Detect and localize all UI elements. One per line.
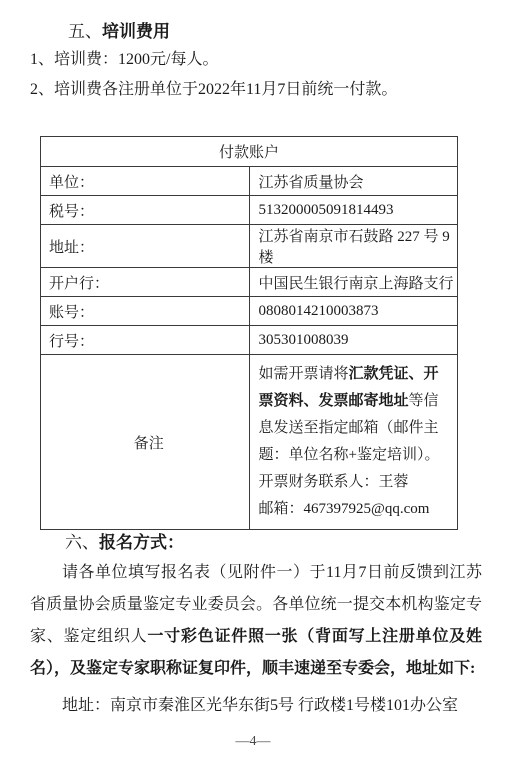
remark-contact-line: 开票财务联系人：王蓉 bbox=[259, 469, 450, 496]
row-label: 税号： bbox=[41, 196, 250, 225]
section-fee-heading-number: 五、 bbox=[68, 22, 102, 41]
table-row-account-number: 账号： 0808014210003873 bbox=[41, 297, 458, 326]
table-title: 付款账户 bbox=[41, 137, 458, 167]
table-row-remark: 备注 如需开票请将汇款凭证、开票资料、发票邮寄地址等信息发送至指定邮箱（邮件主题… bbox=[41, 355, 458, 530]
section-signup-heading: 六、报名方式： bbox=[65, 528, 184, 553]
table-row-bank-code: 行号： 305301008039 bbox=[41, 326, 458, 355]
signup-paragraph: 请各单位填写报名表（见附件一）于11月7日前反馈到江苏省质量协会质量鉴定专业委员… bbox=[30, 557, 482, 685]
section-signup-heading-number: 六、 bbox=[65, 533, 99, 552]
section-fee-heading: 五、培训费用 bbox=[68, 17, 170, 42]
fee-list-item-1: 1、培训费：1200元/每人。 bbox=[30, 46, 218, 69]
table-row-address: 地址： 江苏省南京市石鼓路 227 号 9 楼 bbox=[41, 225, 458, 268]
row-label: 地址： bbox=[41, 225, 250, 268]
row-label: 账号： bbox=[41, 297, 250, 326]
section-fee-heading-title: 培训费用 bbox=[102, 22, 170, 41]
remark-content: 如需开票请将汇款凭证、开票资料、发票邮寄地址等信息发送至指定邮箱（邮件主题：单位… bbox=[249, 355, 458, 530]
table-title-row: 付款账户 bbox=[41, 137, 458, 167]
table-row-unit: 单位： 江苏省质量协会 bbox=[41, 167, 458, 196]
page-number: —4— bbox=[0, 734, 506, 750]
payment-account-table: 付款账户 单位： 江苏省质量协会 税号： 513200005091814493 … bbox=[40, 136, 458, 530]
remark-email-line: 邮箱：467397925@qq.com bbox=[259, 496, 450, 523]
row-value: 中国民生银行南京上海路支行 bbox=[249, 268, 458, 297]
row-value: 513200005091814493 bbox=[249, 196, 458, 225]
row-label: 行号： bbox=[41, 326, 250, 355]
table-row-bank: 开户行： 中国民生银行南京上海路支行 bbox=[41, 268, 458, 297]
row-value: 江苏省质量协会 bbox=[249, 167, 458, 196]
remark-note-pre: 如需开票请将 bbox=[259, 366, 349, 382]
row-value: 江苏省南京市石鼓路 227 号 9 楼 bbox=[249, 225, 458, 268]
row-value: 305301008039 bbox=[249, 326, 458, 355]
row-value: 0808014210003873 bbox=[249, 297, 458, 326]
row-label: 开户行： bbox=[41, 268, 250, 297]
delivery-address-line: 地址：南京市秦淮区光华东街5号 行政楼1号楼101办公室 bbox=[62, 692, 458, 715]
remark-invoice-note: 如需开票请将汇款凭证、开票资料、发票邮寄地址等信息发送至指定邮箱（邮件主题：单位… bbox=[259, 361, 450, 469]
section-signup-heading-title: 报名方式： bbox=[99, 533, 184, 552]
document-page: 五、培训费用 1、培训费：1200元/每人。 2、培训费各注册单位于2022年1… bbox=[0, 0, 506, 758]
fee-list-item-2: 2、培训费各注册单位于2022年11月7日前统一付款。 bbox=[30, 76, 397, 99]
remark-label: 备注 bbox=[41, 355, 250, 530]
row-label: 单位： bbox=[41, 167, 250, 196]
table-row-tax-number: 税号： 513200005091814493 bbox=[41, 196, 458, 225]
